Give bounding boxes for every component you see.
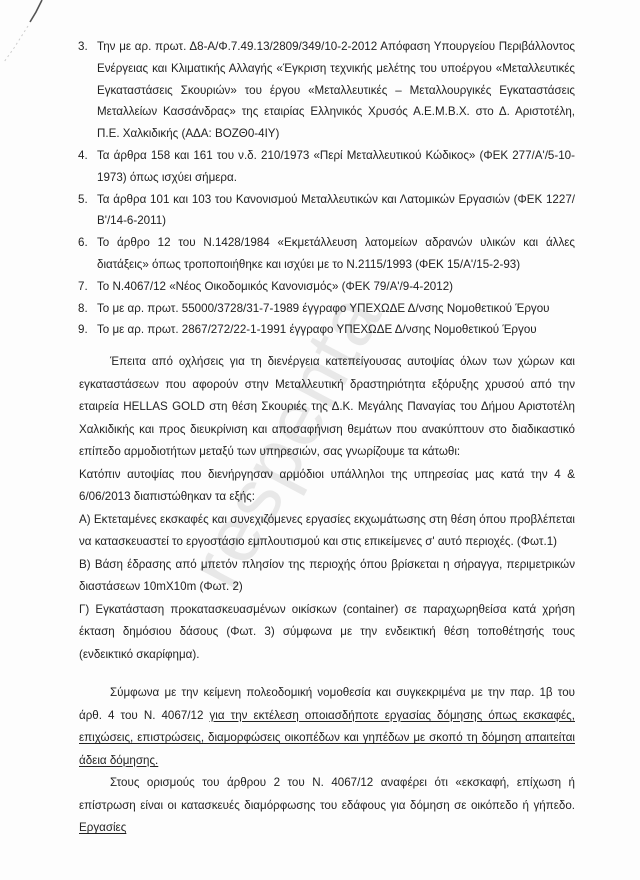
list-text: Το με αρ. πρωτ. 2867/272/22-1-1991 έγγρα… xyxy=(97,323,537,336)
scan-mark-icon xyxy=(0,0,60,70)
legislation-section: Σύμφωνα με την κείμενη πολεοδομική νομοθ… xyxy=(79,682,575,772)
list-text: Την με αρ. πρωτ. Δ8-Α/Φ.7.49.13/2809/349… xyxy=(97,40,575,140)
definitions-underlined: Εργασίες xyxy=(79,821,126,834)
list-text: Τα άρθρα 101 και 103 του Κανονισμού Μετα… xyxy=(97,193,575,228)
document-page: respenta 3. Την με αρ. πρωτ. Δ8-Α/Φ.7.49… xyxy=(0,0,640,880)
definitions-lead: Στους ορισμούς του άρθρου 2 του Ν. 4067/… xyxy=(79,776,575,812)
list-number: 6. xyxy=(78,232,88,254)
list-number: 9. xyxy=(78,319,88,341)
list-text: Το άρθρο 12 του Ν.1428/1984 «Εκμετάλλευσ… xyxy=(97,236,575,271)
findings-section: Έπειτα από οχλήσεις για τη διενέργεια κα… xyxy=(79,351,575,666)
list-text: Το Ν.4067/12 «Νέος Οικοδομικός Κανονισμό… xyxy=(97,280,453,293)
list-text: Το με αρ. πρωτ. 55000/3728/31-7-1989 έγγ… xyxy=(97,302,550,315)
intro-paragraph: Έπειτα από οχλήσεις για τη διενέργεια κα… xyxy=(79,351,575,464)
list-item: 5. Τα άρθρα 101 και 103 του Κανονισμού Μ… xyxy=(78,189,575,233)
list-item: 9. Το με αρ. πρωτ. 2867/272/22-1-1991 έγ… xyxy=(78,319,575,341)
list-number: 7. xyxy=(78,276,88,298)
list-item: 3. Την με αρ. πρωτ. Δ8-Α/Φ.7.49.13/2809/… xyxy=(78,36,575,145)
inspection-paragraph: Κατόπιν αυτοψίας που διενήργησαν αρμόδιο… xyxy=(79,464,575,509)
list-item: 6. Το άρθρο 12 του Ν.1428/1984 «Εκμετάλλ… xyxy=(78,232,575,276)
list-number: 5. xyxy=(78,189,88,211)
definitions-section: Στους ορισμούς του άρθρου 2 του Ν. 4067/… xyxy=(79,772,575,840)
list-number: 3. xyxy=(78,36,88,58)
list-number: 4. xyxy=(78,145,88,167)
list-item: 8. Το με αρ. πρωτ. 55000/3728/31-7-1989 … xyxy=(78,298,575,320)
references-list: 3. Την με αρ. πρωτ. Δ8-Α/Φ.7.49.13/2809/… xyxy=(78,36,575,341)
legislation-paragraph: Σύμφωνα με την κείμενη πολεοδομική νομοθ… xyxy=(79,682,575,772)
finding-b: Β) Βάση έδρασης από μπετόν πλησίον της π… xyxy=(79,554,575,599)
definitions-paragraph: Στους ορισμούς του άρθρου 2 του Ν. 4067/… xyxy=(79,772,575,840)
list-number: 8. xyxy=(78,298,88,320)
finding-c: Γ) Εγκατάσταση προκατασκευασμένων οικίσκ… xyxy=(79,599,575,667)
list-item: 4. Τα άρθρα 158 και 161 του ν.δ. 210/197… xyxy=(78,145,575,189)
finding-a: Α) Εκτεταμένες εκσκαφές και συνεχιζόμενε… xyxy=(79,509,575,554)
list-text: Τα άρθρα 158 και 161 του ν.δ. 210/1973 «… xyxy=(97,149,575,184)
list-item: 7. Το Ν.4067/12 «Νέος Οικοδομικός Κανονι… xyxy=(78,276,575,298)
